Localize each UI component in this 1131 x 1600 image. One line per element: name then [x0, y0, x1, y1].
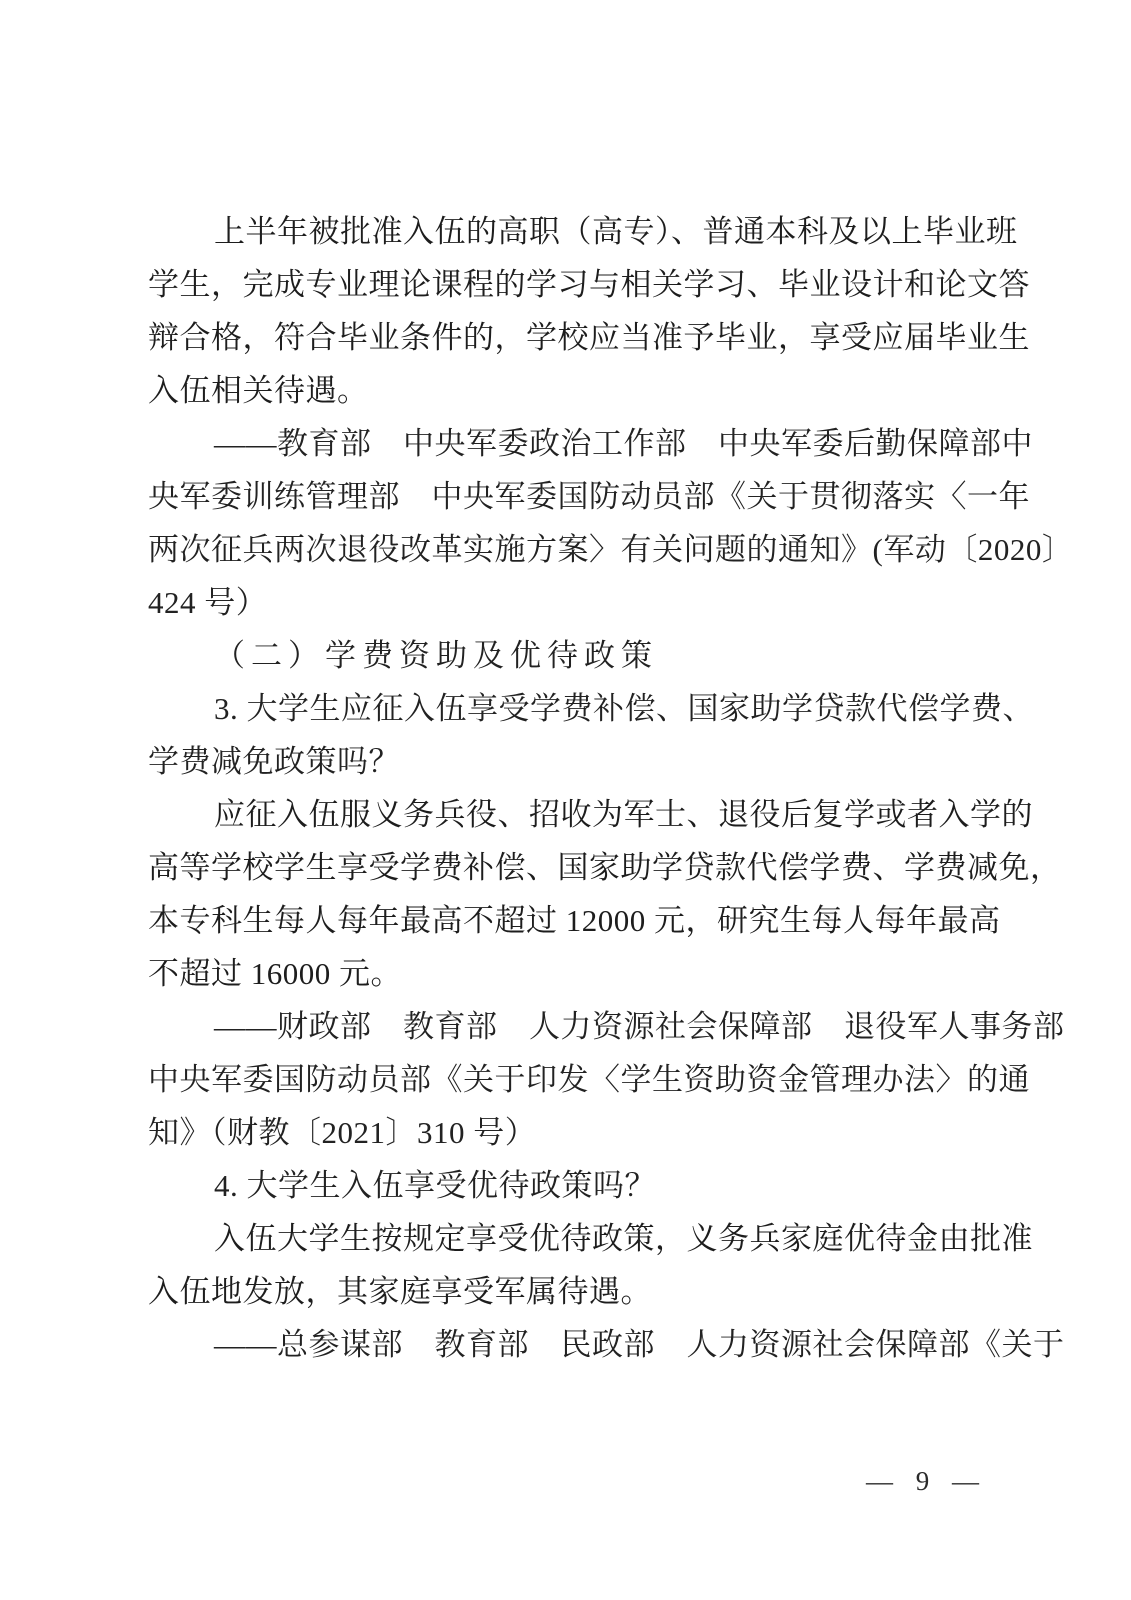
text-line: ——财政部 教育部 人力资源社会保障部 退役军人事务部: [148, 1000, 1000, 1053]
text-line: 知》（财教〔2021〕310 号）: [148, 1106, 1000, 1159]
text-line: 应征入伍服义务兵役、招收为军士、退役后复学或者入学的: [148, 788, 1000, 841]
text-line: 424 号）: [148, 576, 1000, 629]
text-line: 辩合格，符合毕业条件的，学校应当准予毕业，享受应届毕业生: [148, 311, 1000, 364]
document-page: 上半年被批准入伍的高职（高专）、普通本科及以上毕业班学生，完成专业理论课程的学习…: [0, 0, 1131, 1600]
text-line: 4. 大学生入伍享受优待政策吗？: [148, 1159, 1000, 1212]
text-line: 央军委训练管理部 中央军委国防动员部《关于贯彻落实〈一年: [148, 470, 1000, 523]
text-line: 学费减免政策吗？: [148, 735, 1000, 788]
page-number: — 9 —: [866, 1466, 979, 1497]
text-line: 入伍相关待遇。: [148, 364, 1000, 417]
text-line: ——总参谋部 教育部 民政部 人力资源社会保障部《关于: [148, 1318, 1000, 1371]
text-line: 中央军委国防动员部《关于印发〈学生资助资金管理办法〉的通: [148, 1053, 1000, 1106]
text-line: 入伍地发放，其家庭享受军属待遇。: [148, 1265, 1000, 1318]
text-line: 学生，完成专业理论课程的学习与相关学习、毕业设计和论文答: [148, 258, 1000, 311]
text-line: 上半年被批准入伍的高职（高专）、普通本科及以上毕业班: [148, 205, 1000, 258]
text-line: 不超过 16000 元。: [148, 947, 1000, 1000]
text-line: 高等学校学生享受学费补偿、国家助学贷款代偿学费、学费减免，: [148, 841, 1000, 894]
text-line: ——教育部 中央军委政治工作部 中央军委后勤保障部中: [148, 417, 1000, 470]
text-line: 两次征兵两次退役改革实施方案〉有关问题的通知》(军动〔2020〕: [148, 523, 1000, 576]
text-line: 入伍大学生按规定享受优待政策，义务兵家庭优待金由批准: [148, 1212, 1000, 1265]
text-line: （二）学费资助及优待政策: [148, 629, 1000, 682]
text-line: 本专科生每人每年最高不超过 12000 元，研究生每人每年最高: [148, 894, 1000, 947]
document-text-block: 上半年被批准入伍的高职（高专）、普通本科及以上毕业班学生，完成专业理论课程的学习…: [148, 205, 1000, 1371]
text-line: 3. 大学生应征入伍享受学费补偿、国家助学贷款代偿学费、: [148, 682, 1000, 735]
